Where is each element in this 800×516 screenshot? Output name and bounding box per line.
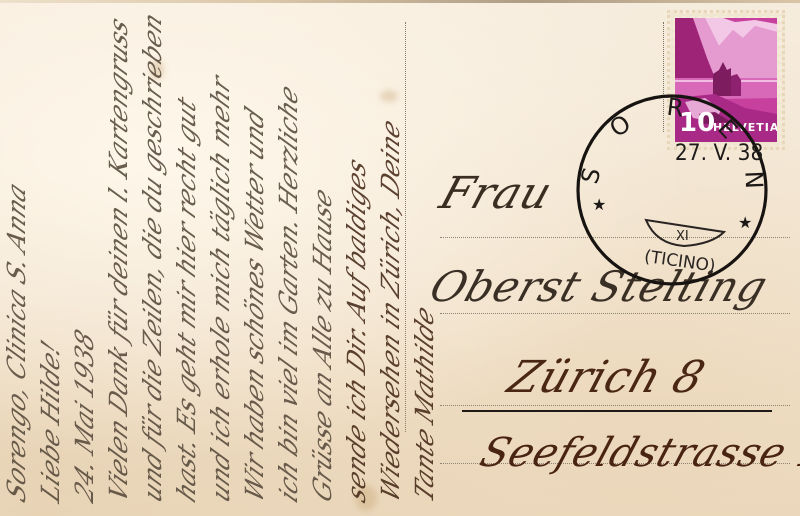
svg-text:★: ★ — [738, 213, 752, 232]
letter-line: Grüsse an Alle zu Hause — [306, 0, 340, 509]
handwritten-letter: Sorengo, Clinica S. Anna Liebe Hilde! 24… — [0, 0, 380, 500]
letter-line: 24. Mai 1938 — [68, 0, 102, 509]
center-divider — [405, 22, 406, 432]
address-recipient-title: Frau — [434, 168, 559, 219]
address-line-2 — [440, 313, 790, 314]
letter-line: hast. Es geht mir hier recht gut — [170, 0, 204, 509]
postmark-numeral: XI — [676, 229, 689, 244]
letter-line: Tante Mathilde — [408, 0, 442, 509]
letter-line: Sorengo, Clinica S. Anna — [0, 0, 34, 509]
address-underline — [462, 410, 772, 412]
postmark-date: 27. V. 38 — [675, 141, 763, 166]
postmark: S O R E N G O ★ ★ XI (TICINO) — [572, 92, 768, 288]
letter-line: Wir haben schönes Wetter und — [238, 0, 272, 509]
letter-line: sende ich Dir. Auf baldiges — [340, 0, 374, 509]
letter-line: Wiedersehen in Zürich, Deine — [374, 0, 408, 509]
postmark-region: (TICINO) — [643, 247, 717, 277]
letter-line: Liebe Hilde! — [34, 0, 68, 509]
address-street: Seefeldstrasse 152 — [475, 430, 800, 476]
letter-line: und für die Zeilen, die du geschrieben — [136, 0, 170, 509]
postcard: Sorengo, Clinica S. Anna Liebe Hilde! 24… — [0, 0, 800, 516]
letter-line: ich bin viel im Garten. Herzliche — [272, 0, 306, 509]
address-city: Zürich 8 — [502, 352, 712, 403]
address-line-3 — [440, 405, 790, 406]
letter-line: und ich erhole mich täglich mehr — [204, 0, 238, 509]
svg-text:★: ★ — [592, 195, 606, 214]
letter-line: Vielen Dank für deinen l. Karten­gruss — [102, 0, 136, 509]
